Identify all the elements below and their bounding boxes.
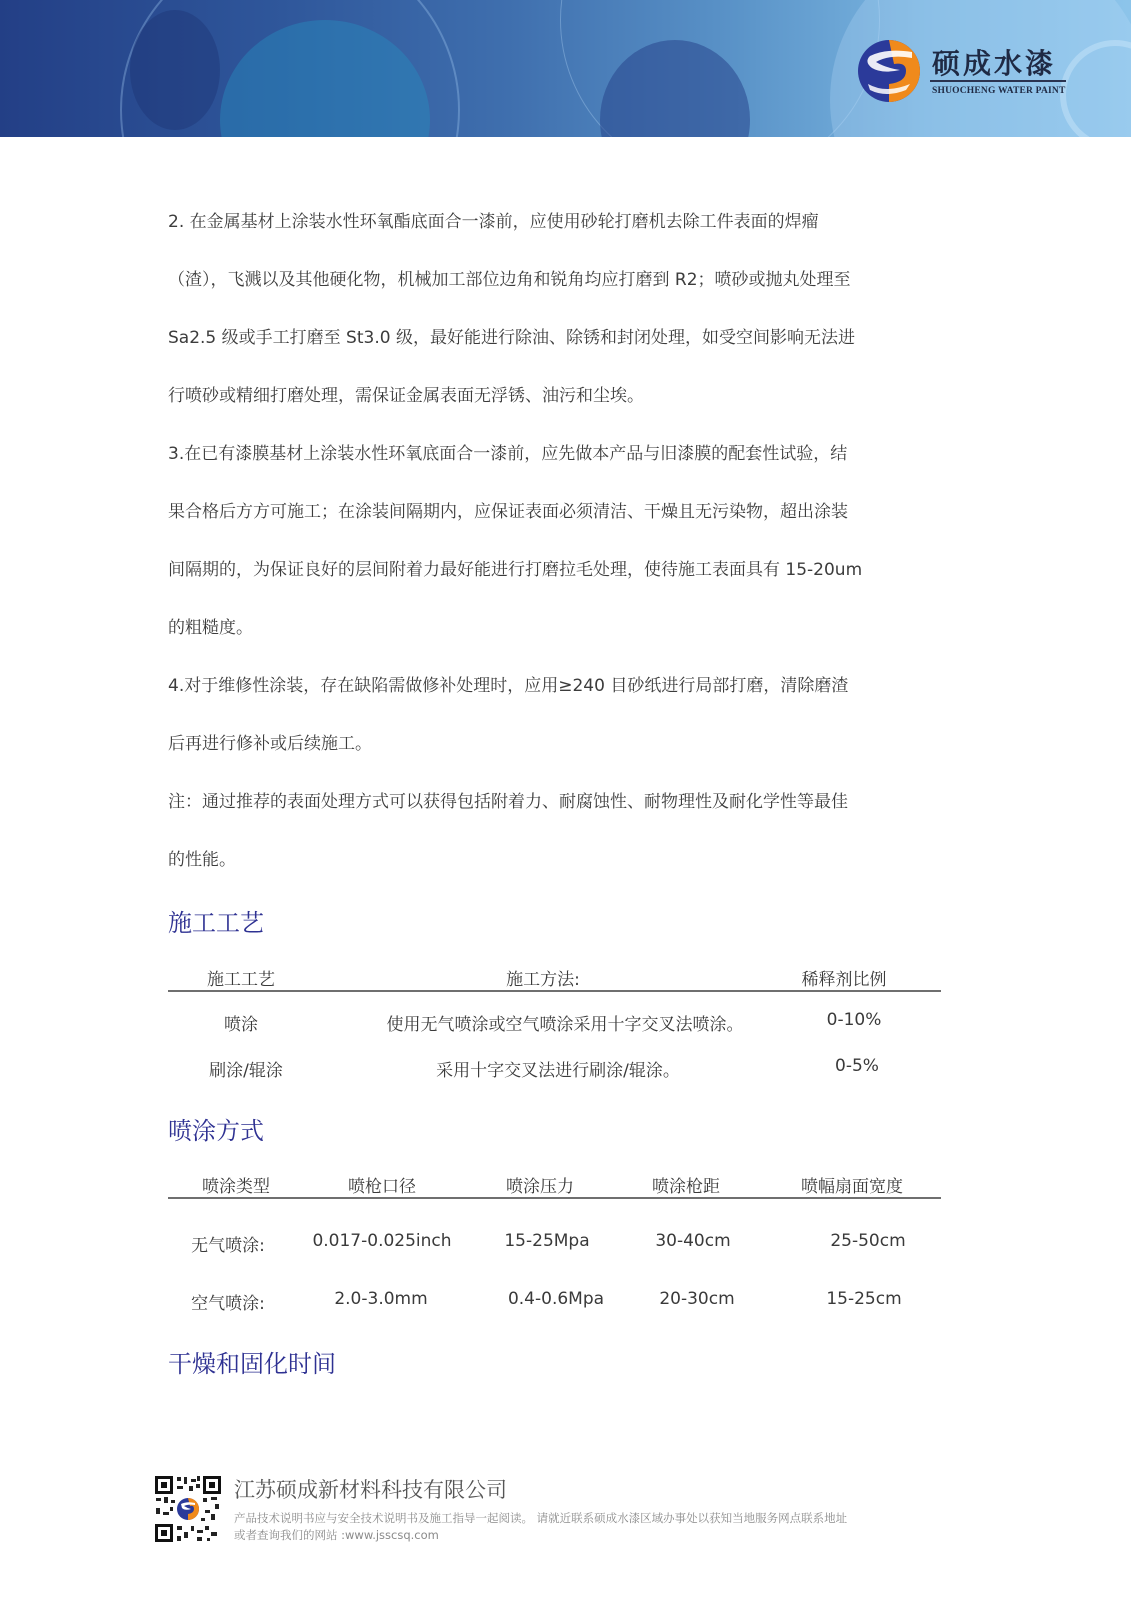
text-line: 后再进行修补或后续施工。: [168, 715, 941, 773]
construction-table: 施工工艺 施工方法: 稀释剂比例 喷涂 使用无气喷涂或空气喷涂采用十字交叉法喷涂…: [168, 962, 941, 1084]
section-title-construction: 施工工艺: [168, 903, 264, 938]
table-cell: 30-40cm: [655, 1231, 730, 1251]
text-line: 4.对于维修性涂装，存在缺陷需做修补处理时，应用≥240 目砂纸进行局部打磨，清…: [168, 657, 941, 715]
qr-code-icon: [153, 1474, 223, 1544]
brand-name-en: SHUOCHENG WATER PAINT: [932, 86, 1066, 96]
table-cell: 采用十字交叉法进行刷涂/辊涂。: [436, 1056, 680, 1081]
table-cell: 25-50cm: [830, 1231, 905, 1251]
column-header: 喷涂压力: [506, 1172, 574, 1197]
column-header: 稀释剂比例: [802, 965, 887, 990]
footer-website: 或者查询我们的网站 :www.jsscsq.com: [234, 1527, 847, 1544]
footer-note: 产品技术说明书应与安全技术说明书及施工指导一起阅读。 请就近联系硕成水漆区域办事…: [234, 1510, 847, 1544]
table-row: 无气喷涂: 0.017-0.025inch 15-25Mpa 30-40cm 2…: [168, 1199, 941, 1257]
footer-note-line: 产品技术说明书应与安全技术说明书及施工指导一起阅读。 请就近联系硕成水漆区域办事…: [234, 1510, 847, 1527]
column-header: 施工工艺: [207, 965, 275, 990]
text-line: 3.在已有漆膜基材上涂装水性环氧底面合一漆前，应先做本产品与旧漆膜的配套性试验，…: [168, 425, 941, 483]
text-line: 果合格后方方可施工；在涂装间隔期内，应保证表面必须清洁、干燥且无污染物，超出涂装: [168, 483, 941, 541]
text-line: （渣），飞溅以及其他硬化物，机械加工部位边角和锐角均应打磨到 R2；喷砂或抛丸处…: [168, 251, 941, 309]
table-cell: 0.4-0.6Mpa: [508, 1289, 604, 1309]
brand-logo: 硕成水漆 SHUOCHENG WATER PAINT: [856, 38, 1086, 108]
table-cell: 0.017-0.025inch: [312, 1231, 451, 1251]
text-line: 注：通过推荐的表面处理方式可以获得包括附着力、耐腐蚀性、耐物理性及耐化学性等最佳: [168, 773, 941, 831]
table-header: 施工工艺 施工方法: 稀释剂比例: [168, 962, 941, 992]
table-cell: 喷涂: [224, 1010, 258, 1035]
table-cell: 15-25Mpa: [504, 1231, 589, 1251]
column-header: 喷涂类型: [202, 1172, 270, 1197]
table-cell: 刷涂/辊涂: [209, 1056, 283, 1081]
brand-name-cn: 硕成水漆: [932, 42, 1056, 82]
table-header: 喷涂类型 喷枪口径 喷涂压力 喷涂枪距 喷幅扇面宽度: [168, 1169, 941, 1199]
table-cell: 20-30cm: [659, 1289, 734, 1309]
table-cell: 使用无气喷涂或空气喷涂采用十字交叉法喷涂。: [387, 1010, 744, 1035]
paragraph-surface-prep-metal: 2. 在金属基材上涂装水性环氧酯底面合一漆前，应使用砂轮打磨机去除工件表面的焊瘤…: [168, 193, 941, 425]
brand-divider: [930, 80, 1066, 82]
paragraph-note: 注：通过推荐的表面处理方式可以获得包括附着力、耐腐蚀性、耐物理性及耐化学性等最佳…: [168, 773, 941, 889]
paragraph-surface-prep-old-coating: 3.在已有漆膜基材上涂装水性环氧底面合一漆前，应先做本产品与旧漆膜的配套性试验，…: [168, 425, 941, 657]
table-cell: 无气喷涂:: [191, 1231, 265, 1256]
column-header: 喷涂枪距: [652, 1172, 720, 1197]
table-cell: 空气喷涂:: [191, 1289, 265, 1314]
column-header: 喷幅扇面宽度: [801, 1172, 903, 1197]
footer-company-name: 江苏硕成新材料科技有限公司: [234, 1474, 507, 1504]
spray-table: 喷涂类型 喷枪口径 喷涂压力 喷涂枪距 喷幅扇面宽度 无气喷涂: 0.017-0…: [168, 1169, 941, 1315]
text-line: 行喷砂或精细打磨处理，需保证金属表面无浮锈、油污和尘埃。: [168, 367, 941, 425]
text-line: 2. 在金属基材上涂装水性环氧酯底面合一漆前，应使用砂轮打磨机去除工件表面的焊瘤: [168, 193, 941, 251]
text-line: Sa2.5 级或手工打磨至 St3.0 级，最好能进行除油、除锈和封闭处理，如受…: [168, 309, 941, 367]
paragraph-repair: 4.对于维修性涂装，存在缺陷需做修补处理时，应用≥240 目砂纸进行局部打磨，清…: [168, 657, 941, 773]
table-row: 空气喷涂: 2.0-3.0mm 0.4-0.6Mpa 20-30cm 15-25…: [168, 1257, 941, 1315]
header-banner: 硕成水漆 SHUOCHENG WATER PAINT: [0, 0, 1131, 137]
table-cell: 0-10%: [827, 1010, 882, 1030]
column-header: 喷枪口径: [348, 1172, 416, 1197]
text-line: 的粗糙度。: [168, 599, 941, 657]
table-cell: 15-25cm: [826, 1289, 901, 1309]
section-title-drying: 干燥和固化时间: [168, 1344, 336, 1379]
table-cell: 0-5%: [835, 1056, 879, 1076]
text-line: 的性能。: [168, 831, 941, 889]
banner-decoration: [130, 10, 220, 130]
table-row: 刷涂/辊涂 采用十字交叉法进行刷涂/辊涂。 0-5%: [168, 1038, 941, 1084]
table-row: 喷涂 使用无气喷涂或空气喷涂采用十字交叉法喷涂。 0-10%: [168, 992, 941, 1038]
table-cell: 2.0-3.0mm: [334, 1289, 427, 1309]
column-header: 施工方法:: [506, 965, 580, 990]
brand-logo-icon: [856, 38, 922, 104]
section-title-spray: 喷涂方式: [168, 1111, 264, 1146]
text-line: 间隔期的，为保证良好的层间附着力最好能进行打磨拉毛处理，使待施工表面具有 15-…: [168, 541, 941, 599]
